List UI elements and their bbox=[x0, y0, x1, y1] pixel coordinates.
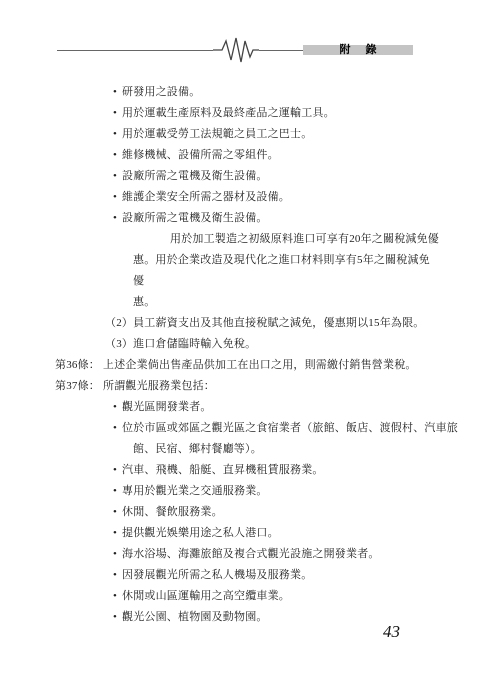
bullet-icon: • bbox=[113, 544, 122, 565]
list-item-text: 設廠所需之電機及衛生設備。 bbox=[122, 208, 268, 229]
list-item: • 用於運載生產原料及最終產品之運輸工具。 bbox=[113, 103, 480, 124]
list-item: • 休閒或山區運輸用之高空纜車業。 bbox=[113, 586, 480, 607]
list-item: • 觀光區開發業者。 bbox=[113, 397, 480, 418]
tariff-exemption-paragraph: 用於加工製造之初級原料進口可享有20年之關稅減免優 惠。用於企業改造及現代化之進… bbox=[133, 229, 440, 313]
bullet-icon: • bbox=[113, 586, 122, 607]
list-item-text: 用於運載生產原料及最終產品之運輸工具。 bbox=[122, 103, 335, 124]
document-body: • 研發用之設備。 • 用於運載生產原料及最終產品之運輸工具。 • 用於運載受勞… bbox=[0, 82, 480, 628]
list-item-text: 用於運載受勞工法規範之員工之巴士。 bbox=[122, 124, 312, 145]
list-item-text: 位於市區或郊區之觀光區之食宿業者（旅館、飯店、渡假村、汽車旅 館、民宿、鄉村餐廳… bbox=[122, 418, 458, 460]
list-item-text: 觀光區開發業者。 bbox=[122, 397, 212, 418]
list-item-text: 提供觀光娛樂用途之私人港口。 bbox=[122, 523, 279, 544]
article-text: 所謂觀光服務業包括： bbox=[103, 376, 480, 397]
list-item-text: 設廠所需之電機及衛生設備。 bbox=[122, 166, 268, 187]
list-item: • 設廠所需之電機及衛生設備。 bbox=[113, 166, 480, 187]
list-item-text: 汽車、飛機、船艇、直昇機租賃服務業。 bbox=[122, 460, 324, 481]
list-item-text: 研發用之設備。 bbox=[122, 82, 200, 103]
list-item: • 因發展觀光所需之私人機場及服務業。 bbox=[113, 565, 480, 586]
header-rule-right bbox=[259, 50, 305, 51]
list-item-text: 海水浴場、海灘旅館及複合式觀光設施之開發業者。 bbox=[122, 544, 380, 565]
bullet-icon: • bbox=[113, 208, 122, 229]
article-number: 第37條： bbox=[55, 376, 103, 397]
list-item-text: 維護企業安全所需之器材及設備。 bbox=[122, 187, 290, 208]
incentive-bullet-list: • 研發用之設備。 • 用於運載生產原料及最終產品之運輸工具。 • 用於運載受勞… bbox=[0, 82, 480, 229]
bullet-icon: • bbox=[113, 145, 122, 166]
numbered-item: （3）進口倉儲臨時輸入免稅。 bbox=[105, 334, 480, 355]
list-item: • 位於市區或郊區之觀光區之食宿業者（旅館、飯店、渡假村、汽車旅 館、民宿、鄉村… bbox=[113, 418, 480, 460]
bullet-icon: • bbox=[113, 82, 122, 103]
article-text: 上述企業倘出售產品供加工在出口之用，則需繳付銷售營業稅。 bbox=[103, 355, 480, 376]
numbered-item: （2）員工薪資支出及其他直接稅賦之減免，優惠期以15年為限。 bbox=[105, 313, 480, 334]
page-number: 43 bbox=[383, 622, 400, 642]
article-row: 第37條： 所謂觀光服務業包括： bbox=[55, 376, 480, 397]
list-item: • 設廠所需之電機及衛生設備。 bbox=[113, 208, 480, 229]
page-header: 附 錄 bbox=[57, 36, 417, 64]
list-item: • 研發用之設備。 bbox=[113, 82, 480, 103]
bullet-icon: • bbox=[113, 187, 122, 208]
bullet-icon: • bbox=[113, 397, 122, 418]
list-item: • 專用於觀光業之交通服務業。 bbox=[113, 481, 480, 502]
list-item-text: 因發展觀光所需之私人機場及服務業。 bbox=[122, 565, 312, 586]
bullet-icon: • bbox=[113, 124, 122, 145]
list-item: • 用於運載受勞工法規範之員工之巴士。 bbox=[113, 124, 480, 145]
bullet-icon: • bbox=[113, 607, 122, 628]
list-item: • 提供觀光娛樂用途之私人港口。 bbox=[113, 523, 480, 544]
list-item-text: 觀光公園、植物園及動物園。 bbox=[122, 607, 268, 628]
article-number: 第36條： bbox=[55, 355, 103, 376]
list-item-text: 休閒或山區運輸用之高空纜車業。 bbox=[122, 586, 290, 607]
articles: 第36條： 上述企業倘出售產品供加工在出口之用，則需繳付銷售營業稅。 第37條：… bbox=[0, 355, 480, 397]
bullet-icon: • bbox=[113, 523, 122, 544]
list-item: • 維護企業安全所需之器材及設備。 bbox=[113, 187, 480, 208]
list-item: • 維修機械、設備所需之零組件。 bbox=[113, 145, 480, 166]
header-label: 附 錄 bbox=[333, 45, 382, 56]
header-rule-left bbox=[57, 50, 213, 51]
list-item-text: 專用於觀光業之交通服務業。 bbox=[122, 481, 268, 502]
bullet-icon: • bbox=[113, 565, 122, 586]
header-label-bar: 附 錄 bbox=[303, 45, 413, 55]
bullet-icon: • bbox=[113, 481, 122, 502]
tourism-bullet-list: • 觀光區開發業者。 • 位於市區或郊區之觀光區之食宿業者（旅館、飯店、渡假村、… bbox=[0, 397, 480, 628]
bullet-icon: • bbox=[113, 103, 122, 124]
zigzag-squiggle-icon bbox=[213, 36, 259, 64]
list-item: • 海水浴場、海灘旅館及複合式觀光設施之開發業者。 bbox=[113, 544, 480, 565]
article-row: 第36條： 上述企業倘出售產品供加工在出口之用，則需繳付銷售營業稅。 bbox=[55, 355, 480, 376]
bullet-icon: • bbox=[113, 418, 122, 460]
list-item: • 觀光公園、植物園及動物園。 bbox=[113, 607, 480, 628]
bullet-icon: • bbox=[113, 502, 122, 523]
list-item-text: 休閒、餐飲服務業。 bbox=[122, 502, 223, 523]
list-item: • 汽車、飛機、船艇、直昇機租賃服務業。 bbox=[113, 460, 480, 481]
numbered-list: （2）員工薪資支出及其他直接稅賦之減免，優惠期以15年為限。 （3）進口倉儲臨時… bbox=[0, 313, 480, 355]
bullet-icon: • bbox=[113, 166, 122, 187]
list-item-text: 維修機械、設備所需之零組件。 bbox=[122, 145, 279, 166]
document-page: 附 錄 • 研發用之設備。 • 用於運載生產原料及最終產品之運輸工具。 • 用於… bbox=[0, 0, 480, 679]
list-item: • 休閒、餐飲服務業。 bbox=[113, 502, 480, 523]
bullet-icon: • bbox=[113, 460, 122, 481]
